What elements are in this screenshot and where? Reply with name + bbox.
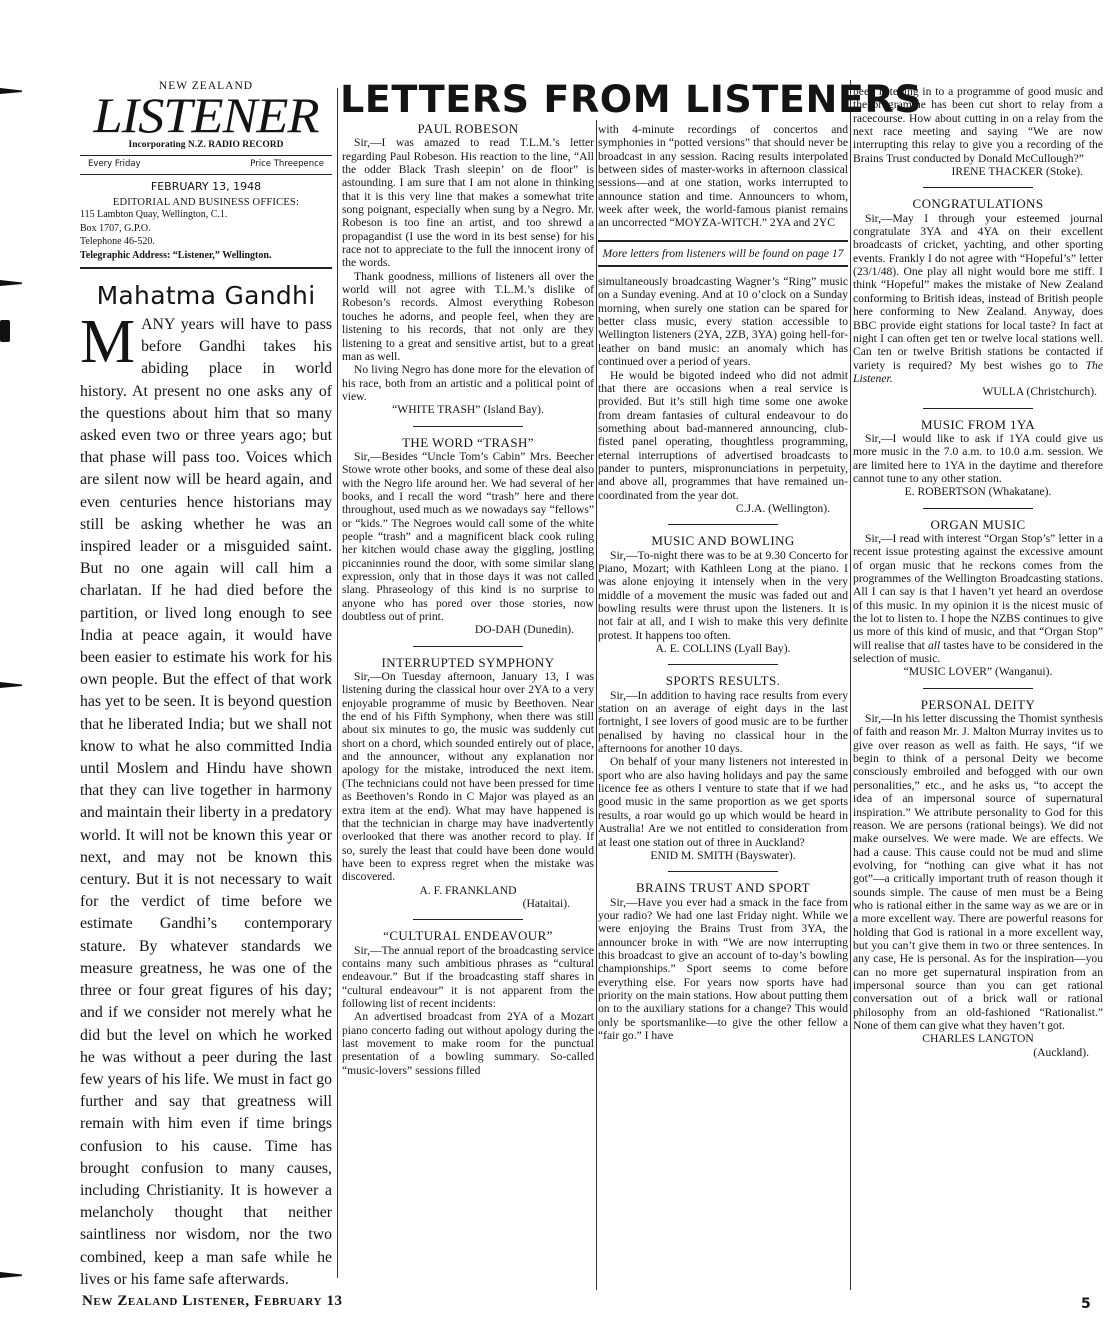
- section-divider: [668, 524, 778, 525]
- letter-sports-results: SPORTS RESULTS. Sir,—In addition to havi…: [598, 674, 848, 862]
- letter-paragraph: Sir,—In addition to having race results …: [598, 689, 848, 756]
- letter-signature: IRENE THACKER (Stoke).: [853, 165, 1103, 178]
- binding-mark: [0, 680, 22, 690]
- binding-mark: [0, 278, 22, 288]
- address-line: Telephone 46-520.: [80, 235, 332, 249]
- letter-personal-deity: PERSONAL DEITY Sir,—In his letter discus…: [853, 698, 1103, 1059]
- letter-continuation: with 4-minute recordings of concertos an…: [598, 123, 848, 230]
- letter-heading: “CULTURAL ENDEAVOUR”: [342, 929, 594, 942]
- emphasis: all: [928, 639, 940, 652]
- letter-text: Sir,—I read with interest “Organ Stop’s”…: [853, 532, 1103, 652]
- letter-paragraph: No living Negro has done more for the el…: [342, 363, 594, 403]
- editorial-title: Mahatma Gandhi: [80, 281, 332, 310]
- letter-paragraph: Sir,—In his letter discussing the Thomis…: [853, 712, 1103, 1032]
- section-banner: LETTERS FROM LISTENERS: [340, 80, 863, 120]
- letter-signature: A. F. FRANKLAND: [342, 884, 594, 897]
- letter-paragraph: Sir,—I read with interest “Organ Stop’s”…: [853, 532, 1103, 665]
- letter-paragraph: Sir,—I was amazed to read T.L.M.’s lette…: [342, 136, 594, 269]
- letter-signature: CHARLES LANGTON: [853, 1032, 1103, 1045]
- letter-music-from-1ya: MUSIC FROM 1YA Sir,—I would like to ask …: [853, 418, 1103, 499]
- running-footer: New Zealand Listener, February 13: [82, 1293, 343, 1310]
- letter-signature: DO-DAH (Dunedin).: [342, 623, 594, 636]
- binding-mark: [0, 86, 22, 96]
- address-line: 115 Lambton Quay, Wellington, C.1.: [80, 208, 332, 222]
- letters-column-1: PAUL ROBESON Sir,—I was amazed to read T…: [342, 122, 594, 1077]
- publication-price: Price Threepence: [250, 159, 324, 169]
- letter-heading: CONGRATULATIONS: [853, 197, 1103, 210]
- letter-interrupted-symphony: INTERRUPTED SYMPHONY Sir,—On Tuesday aft…: [342, 656, 594, 911]
- issue-date: FEBRUARY 13, 1948: [80, 180, 332, 193]
- address-line: Box 1707, G.P.O.: [80, 222, 332, 236]
- letter-brains-trust: BRAINS TRUST AND SPORT Sir,—Have you eve…: [598, 881, 848, 1042]
- letter-organ-music: ORGAN MUSIC Sir,—I read with interest “O…: [853, 518, 1103, 679]
- letter-continuation: simultaneously broadcasting Wagner’s “Ri…: [598, 275, 848, 368]
- masthead-divider: [80, 174, 332, 175]
- letter-paragraph: An advertised broadcast from 2YA of a Mo…: [342, 1010, 594, 1077]
- binding-mark: [0, 1270, 22, 1280]
- letter-paragraph: Sir,—On Tuesday afternoon, January 13, I…: [342, 670, 594, 884]
- letter-signature: “MUSIC LOVER” (Wanganui).: [853, 665, 1103, 678]
- letter-cultural-endeavour: “CULTURAL ENDEAVOUR” Sir,—The annual rep…: [342, 929, 594, 1077]
- telegraphic-address: Telegraphic Address: “Listener,” Welling…: [80, 249, 332, 263]
- telegraphic-value: “Listener,” Wellington.: [173, 250, 272, 261]
- letter-paragraph: He would be bigoted indeed who did not a…: [598, 369, 848, 502]
- office-address: 115 Lambton Quay, Wellington, C.1. Box 1…: [80, 208, 332, 262]
- letter-heading: ORGAN MUSIC: [853, 518, 1103, 531]
- letter-paragraph: Sir,—Besides “Uncle Tom’s Cabin” Mrs. Be…: [342, 450, 594, 623]
- letter-signature: A. E. COLLINS (Lyall Bay).: [598, 642, 848, 655]
- letter-signature: ENID M. SMITH (Bayswater).: [598, 849, 848, 862]
- letter-heading: BRAINS TRUST AND SPORT: [598, 881, 848, 894]
- letter-heading: MUSIC AND BOWLING: [598, 534, 848, 547]
- editorial-body: MANY years will have to pass before Gand…: [80, 314, 332, 1291]
- letter-signature-place: (Hataitai).: [342, 897, 594, 910]
- letter-heading: INTERRUPTED SYMPHONY: [342, 656, 594, 669]
- masthead-divider: [80, 155, 332, 156]
- letter-paragraph: Sir,—To-night there was to be at 9.30 Co…: [598, 549, 848, 642]
- letter-paul-robeson: PAUL ROBESON Sir,—I was amazed to read T…: [342, 122, 594, 417]
- section-divider: [923, 508, 1033, 509]
- letter-music-and-bowling: MUSIC AND BOWLING Sir,—To-night there wa…: [598, 534, 848, 655]
- section-divider: [923, 408, 1033, 409]
- telegraphic-label: Telegraphic Address:: [80, 250, 170, 261]
- letter-paragraph: On behalf of your many listeners not int…: [598, 755, 848, 848]
- letters-column-2: with 4-minute recordings of concertos an…: [598, 123, 848, 1042]
- more-letters-notice: More letters from listeners will be foun…: [598, 240, 848, 267]
- section-divider: [923, 688, 1033, 689]
- section-divider: [413, 426, 523, 427]
- section-divider: [413, 919, 523, 920]
- masthead-price-row: Every Friday Price Threepence: [80, 159, 332, 169]
- column-rule: [337, 88, 338, 1278]
- letter-signature: C.J.A. (Wellington).: [598, 502, 848, 515]
- publication-frequency: Every Friday: [88, 159, 141, 169]
- letter-heading: MUSIC FROM 1YA: [853, 418, 1103, 431]
- column-masthead-editorial: NEW ZEALAND LISTENER Incorporating N.Z. …: [80, 80, 332, 1291]
- section-divider: [668, 664, 778, 665]
- letter-signature: E. ROBERTSON (Whakatane).: [853, 485, 1103, 498]
- section-divider: [668, 871, 778, 872]
- letter-paragraph: Thank goodness, millions of listeners al…: [342, 270, 594, 363]
- letter-signature: “WHITE TRASH” (Island Bay).: [342, 403, 594, 416]
- page-number: 5: [1081, 1296, 1091, 1312]
- letter-heading: PERSONAL DEITY: [853, 698, 1103, 711]
- letter-congratulations: CONGRATULATIONS Sir,—May I through your …: [853, 197, 1103, 398]
- letter-heading: SPORTS RESULTS.: [598, 674, 848, 687]
- binding-mark: [0, 320, 10, 342]
- offices-heading: EDITORIAL AND BUSINESS OFFICES:: [80, 197, 332, 208]
- editorial-text: ANY years will have to pass before Gandh…: [80, 316, 332, 1288]
- drop-cap: M: [80, 318, 135, 366]
- letter-heading: PAUL ROBESON: [342, 122, 594, 135]
- letter-word-trash: THE WORD “TRASH” Sir,—Besides “Uncle Tom…: [342, 436, 594, 637]
- letter-signature: WULLA (Christchurch).: [853, 385, 1103, 398]
- letter-paragraph: Sir,—May I through your esteemed journal…: [853, 212, 1103, 385]
- letter-signature-place: (Auckland).: [853, 1046, 1103, 1059]
- letter-continuation: been listening in to a programme of good…: [853, 85, 1103, 165]
- column-rule: [596, 120, 597, 1290]
- letter-paragraph: Sir,—The annual report of the broadcasti…: [342, 944, 594, 1011]
- section-divider: [923, 187, 1033, 188]
- section-divider: [413, 646, 523, 647]
- masthead: NEW ZEALAND LISTENER Incorporating N.Z. …: [80, 80, 332, 269]
- masthead-title: LISTENER: [74, 92, 339, 138]
- masthead-divider: [80, 267, 332, 269]
- letters-column-3: been listening in to a programme of good…: [853, 85, 1103, 1059]
- letter-text: Sir,—May I through your esteemed journal…: [853, 212, 1103, 372]
- letter-heading: THE WORD “TRASH”: [342, 436, 594, 449]
- letter-paragraph: Sir,—I would like to ask if 1YA could gi…: [853, 432, 1103, 485]
- letter-paragraph: Sir,—Have you ever had a smack in the fa…: [598, 896, 848, 1043]
- column-rule: [850, 80, 851, 1290]
